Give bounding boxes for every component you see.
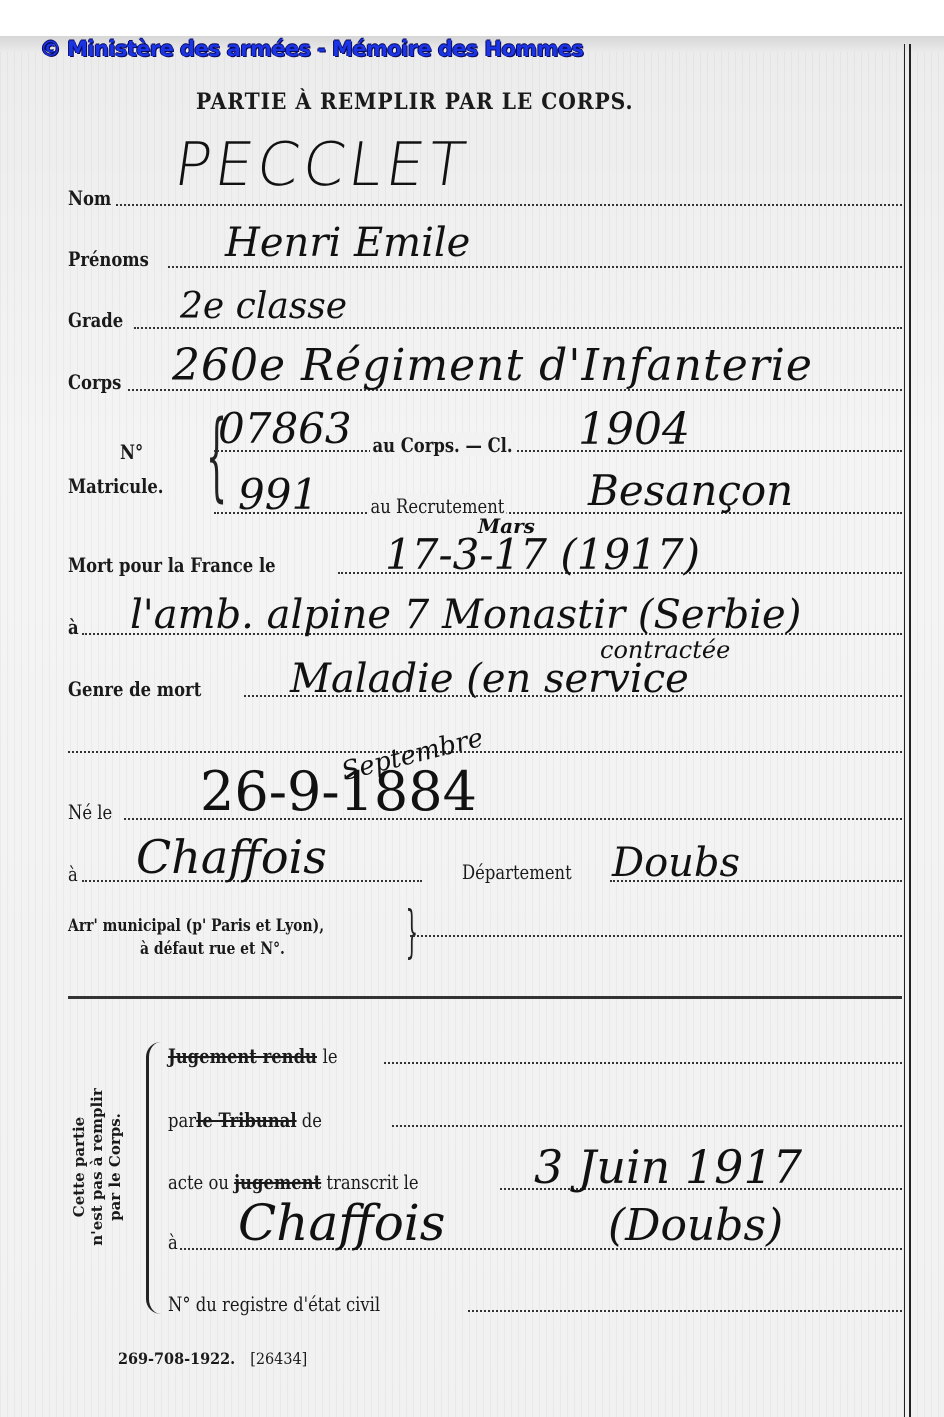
- tribunal-line: [392, 1125, 902, 1127]
- genre-de-mort-label: Genre de mort: [68, 677, 201, 701]
- transcrit-le-text: transcrit le: [326, 1170, 418, 1194]
- lieu-dept: (Doubs): [608, 1200, 783, 1251]
- section-separator: [68, 996, 902, 999]
- side-note-line-1: Cette partie: [70, 1052, 88, 1282]
- civil-section-brace: [146, 1042, 161, 1314]
- prenoms-label: Prénoms: [68, 247, 149, 271]
- arrondissement-label-2: à défaut rue et N°.: [140, 939, 285, 959]
- registre-label: N° du registre d'état civil: [168, 1292, 380, 1316]
- classe-value: 1904: [578, 404, 690, 455]
- matricule-label-no: N°: [120, 440, 143, 464]
- registre-line: [468, 1310, 902, 1312]
- nom-label: Nom: [68, 186, 111, 210]
- transcrit-label: acte ou jugement transcrit le: [168, 1170, 419, 1194]
- ne-le-label: Né le: [68, 800, 112, 824]
- side-note-line-2: n'est pas à remplir: [88, 1052, 106, 1282]
- prenoms-value: Henri Emile: [225, 220, 470, 266]
- ne-a-value: Chaffois: [136, 830, 327, 884]
- recrutement-place: Besançon: [588, 466, 793, 515]
- arrondissement-brace: }: [406, 905, 418, 961]
- genre-de-mort-value: Maladie (en service: [290, 656, 689, 702]
- tribunal-de-text: de: [302, 1108, 322, 1132]
- prenoms-line: [168, 266, 902, 268]
- print-code: [26434]: [250, 1349, 307, 1368]
- tribunal-label: parle Tribunal de: [168, 1108, 322, 1132]
- copyright-watermark: © Ministère des armées - Mémoire des Hom…: [40, 37, 583, 61]
- arrondissement-line: [410, 935, 902, 937]
- tribunal-struck-text: le Tribunal: [196, 1108, 296, 1132]
- ne-a-label: à: [68, 862, 78, 886]
- jugement-le-text: le: [323, 1044, 338, 1068]
- nom-value: PECCLET: [170, 130, 474, 200]
- side-note: Cette partie n'est pas à remplir par le …: [70, 1052, 124, 1282]
- matricule-corps-label: au Corps. — Cl.: [370, 433, 515, 457]
- ne-le-value: 26-9-1884: [200, 760, 477, 823]
- arrondissement-label-1: Arr' municipal (p' Paris et Lyon),: [68, 916, 324, 936]
- lieu-label: à: [168, 1230, 178, 1254]
- mort-le-value: 17-3-17 (1917): [385, 530, 700, 579]
- print-ref-number: 269-708-1922.: [118, 1349, 235, 1368]
- transcrit-value: 3 Juin 1917: [534, 1140, 802, 1194]
- right-border-line: [909, 44, 911, 1417]
- grade-label: Grade: [68, 308, 123, 332]
- departement-value: Doubs: [612, 840, 740, 886]
- form-title: PARTIE À REMPLIR PAR LE CORPS.: [196, 89, 633, 115]
- corps-value: 260e Régiment d'Infanterie: [172, 340, 813, 391]
- matricule-label: Matricule.: [68, 474, 164, 498]
- side-note-line-3: par le Corps.: [106, 1052, 124, 1282]
- matricule-recrutement-number: 991: [238, 470, 318, 519]
- departement-label: Département: [462, 860, 572, 884]
- mort-a-label: à: [68, 615, 79, 639]
- jugement-label-struck: Jugement rendu le: [168, 1044, 338, 1068]
- tribunal-prefix: par: [168, 1108, 196, 1132]
- grade-value: 2e classe: [180, 286, 347, 327]
- corps-label: Corps: [68, 370, 121, 394]
- right-border-line-inner: [904, 44, 905, 1417]
- jugement-line: [384, 1062, 902, 1064]
- matricule-corps-number: 07863: [218, 404, 352, 453]
- transcrit-prefix: acte ou: [168, 1170, 229, 1194]
- nom-line: [116, 204, 902, 206]
- mort-le-label: Mort pour la France le: [68, 553, 276, 577]
- transcrit-struck-text: jugement: [234, 1170, 321, 1194]
- jugement-struck-text: Jugement rendu: [168, 1044, 317, 1068]
- mort-a-value: l'amb. alpine 7 Monastir (Serbie): [130, 592, 801, 638]
- grade-line: [134, 327, 902, 329]
- lieu-value: Chaffois: [238, 1194, 445, 1252]
- print-reference: 269-708-1922. [26434]: [118, 1349, 307, 1368]
